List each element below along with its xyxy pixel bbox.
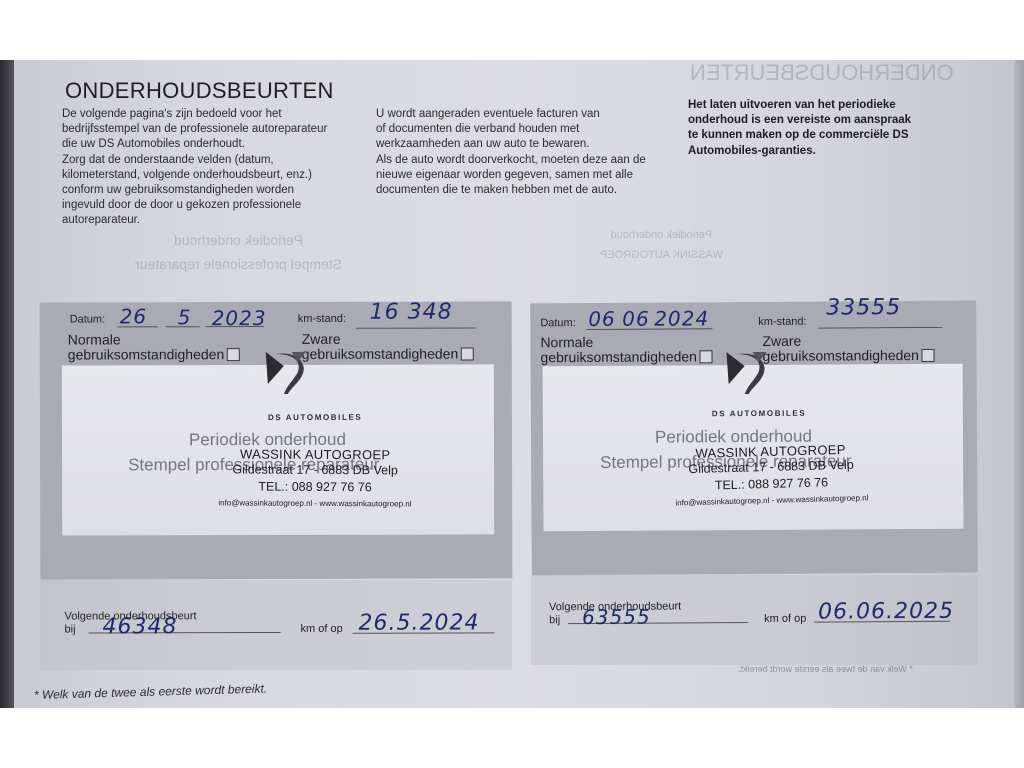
next-date-value: 26.5.2024	[358, 610, 479, 635]
dealer-stamp: WASSINK AUTOGROEP Gildestraat 17 - 6883 …	[215, 446, 415, 508]
km-value: 33555	[826, 295, 901, 320]
date-label: Datum:	[540, 317, 576, 329]
date-label: Datum:	[70, 313, 106, 325]
normal-usage-label: Normale gebruiksomstandigheden	[68, 332, 241, 362]
intro-paragraph-1: De volgende pagina's zijn bedoeld voor h…	[62, 107, 362, 229]
document-photo: ONDERHOUDSBEURTEN Periodiek onderhoud St…	[0, 60, 1024, 708]
show-through-text-right: Periodiek onderhoud WASSINK AUTOGROEP	[600, 225, 723, 265]
show-through-text-left: Periodiek onderhoud Stempel professionel…	[135, 228, 342, 276]
warranty-notice: Het laten uitvoeren van het periodiekeon…	[688, 98, 988, 159]
ds-logo-icon	[262, 350, 310, 396]
ds-logo-icon	[722, 350, 770, 396]
date-day-value: 26	[120, 304, 148, 328]
km-label: km-stand:	[758, 316, 806, 328]
ds-brand-text: DS AUTOMOBILES	[712, 409, 806, 419]
next-km-value: 63555	[582, 605, 651, 629]
heavy-usage-label: Zware gebruiksomstandigheden	[302, 331, 475, 361]
show-through-footnote: * Welk van de twee als eerste wordt bere…	[738, 664, 913, 674]
next-km-value: 46348	[102, 614, 177, 639]
heavy-usage-label: Zware gebruiksomstandigheden	[762, 333, 935, 364]
next-date-value: 06.06.2025	[818, 599, 954, 625]
footnote: * Welk van de twee als eerste wordt bere…	[34, 681, 268, 702]
ds-brand-text: DS AUTOMOBILES	[268, 413, 362, 422]
service-record-card-2: Datum: 06 06 2024 km-stand: 33555 Normal…	[530, 301, 978, 576]
page-edge-right	[1014, 60, 1024, 708]
date-day-value: 06	[588, 307, 616, 331]
date-month-value: 5	[178, 305, 192, 329]
date-year-value: 2024	[654, 306, 709, 330]
km-label: km-stand:	[298, 313, 346, 325]
intro-paragraph-2: U wordt aangeraden eventuele facturen va…	[376, 107, 676, 198]
km-value: 16 348	[370, 300, 453, 325]
service-record-card-1: Datum: 26 5 2023 km-stand: 16 348 Normal…	[40, 301, 513, 579]
page-title: ONDERHOUDSBEURTEN	[65, 78, 334, 104]
normal-usage-checkbox[interactable]	[227, 348, 240, 361]
heavy-usage-checkbox[interactable]	[461, 347, 474, 360]
dealer-stamp: WASSINK AUTOGROEP Gildestraat 17 - 6883 …	[670, 441, 872, 507]
km-or-on-label: km of op	[300, 623, 342, 636]
km-or-on-label: km of op	[764, 613, 806, 626]
page-edge-shadow	[0, 60, 14, 708]
heavy-usage-checkbox[interactable]	[922, 349, 935, 362]
show-through-title: ONDERHOUDSBEURTEN	[690, 60, 954, 86]
normal-usage-label: Normale gebruiksomstandigheden	[540, 334, 713, 365]
date-year-value: 2023	[212, 306, 267, 330]
date-month-value: 06	[622, 307, 650, 331]
normal-usage-checkbox[interactable]	[700, 350, 713, 363]
